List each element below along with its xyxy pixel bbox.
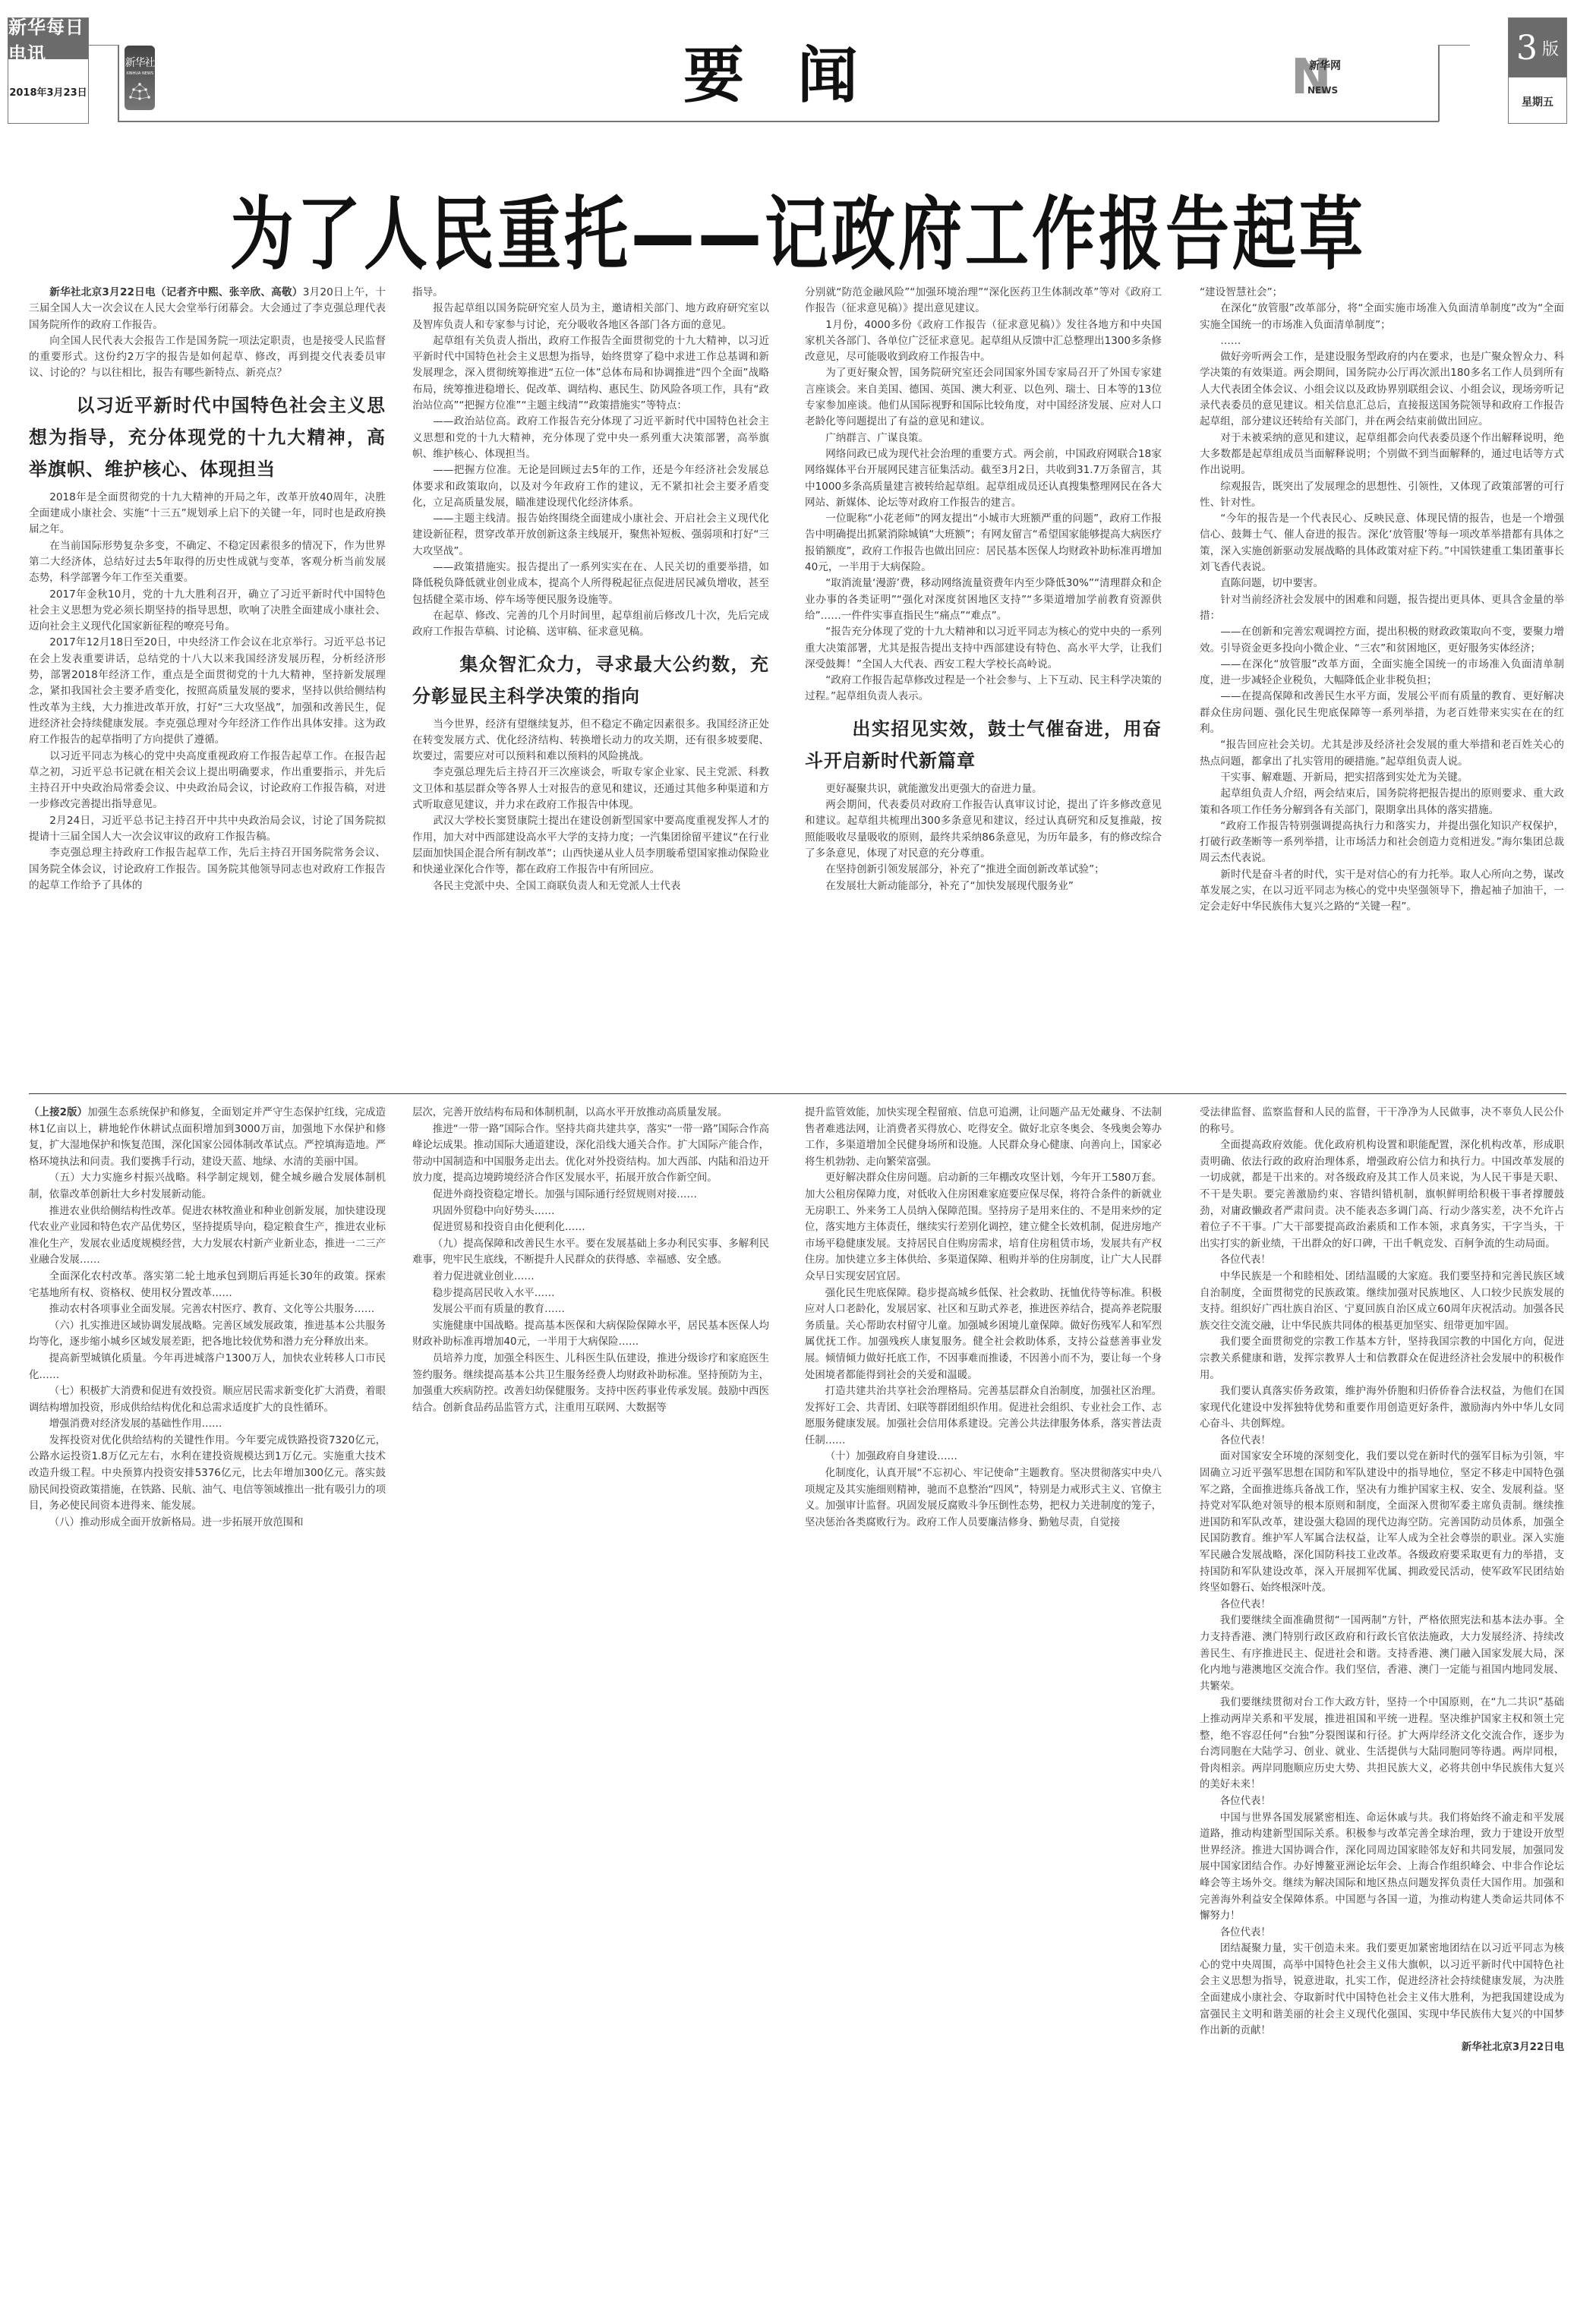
masthead: 新华每日电讯 2018年3月23日 新华社 XINHUA NEWS 要闻 N 新… xyxy=(0,0,1596,137)
paragraph: 1月份，4000多份《政府工作报告（征求意见稿）》发往各地方和中央国家机关各部门… xyxy=(805,317,1162,366)
paragraph: 受法律监督、监察监督和人民的监督，干干净净为人民做事，决不辜负人民公仆的称号。 xyxy=(1200,1105,1564,1137)
dateline-paragraph: 新华社北京3月22日电（记者齐中熙、张辛欣、高敬）3月20日上午，十三届全国人大… xyxy=(29,285,386,333)
dateline: 新华社北京3月22日电（记者齐中熙、张辛欣、高敬） xyxy=(49,286,303,298)
section-separator xyxy=(29,1093,1566,1094)
paragraph: 综观报告，既突出了发展理念的思想性、引领性，又体现了政策部署的可行性、针对性。 xyxy=(1200,479,1564,512)
paragraph: 广纳群言、广谋良策。 xyxy=(805,431,1162,446)
article-column-4: “建设智慧社会”；在深化“放管服”改革部分，将“全面实施市场准入负面清单制度”改… xyxy=(1200,285,1564,1090)
paragraph: 报告起草组以国务院研究室人员为主，邀请相关部门、地方政府研究室以及智库负责人和专… xyxy=(412,301,769,333)
paragraph: 增强消费对经济发展的基础性作用…… xyxy=(29,1416,386,1433)
paragraph: 李克强总理主持政府工作报告起草工作，先后主持召开国务院常务会议、国务院全体会议，… xyxy=(29,845,386,894)
continued-column-1: （上接2版）加强生态系统保护和修复，全面划定并严守生态保护红线，完成造林1亿亩以… xyxy=(29,1105,386,2289)
continued-column-4: 受法律监督、监察监督和人民的监督，干干净净为人民做事，决不辜负人民公仆的称号。全… xyxy=(1200,1105,1564,2289)
paragraph: （六）扎实推进区域协调发展战略。完善区域发展政策，推进基本公共服务均等化，逐步缩… xyxy=(29,1318,386,1351)
paragraph: 促进外商投资稳定增长。加强与国际通行经贸规则对接…… xyxy=(412,1187,769,1203)
paragraph: 我们要继续贯彻对台工作大政方针，坚持一个中国原则，在“九二共识”基础上推动两岸关… xyxy=(1200,1695,1564,1793)
paragraph: 推进农业供给侧结构性改革。促进农林牧渔业和种业创新发展，加快建设现代农业产业园和… xyxy=(29,1203,386,1269)
paragraph: 对于未被采纳的意见和建议，起草组都会向代表委员逐个作出解释说明，绝大多数都是起草… xyxy=(1200,431,1564,479)
paper-name: 新华每日电讯 xyxy=(8,18,88,59)
paragraph: 武汉大学校长窦贤康院士提出在建设创新型国家中要高度重视发挥人才的作用，加大对中西… xyxy=(412,813,769,878)
subheading: 出实招见实效，鼓士气催奋进，用奋斗开启新时代新篇章 xyxy=(805,713,1162,777)
edition-label: 版 xyxy=(1542,36,1559,60)
paragraph: 分别就“防范金融风险”“加强环境治理”“深化医药卫生体制改革”等对《政府工作报告… xyxy=(805,285,1162,317)
paragraph: 新时代是奋斗者的时代，实干是对信心的有力托举。取人心所向之势，谋改革发展之实，在… xyxy=(1200,867,1564,916)
paragraph: 两会期间，代表委员对政府工作报告认真审议讨论，提出了许多修改意见和建议。起草组共… xyxy=(805,797,1162,862)
paragraph: 推动农村各项事业全面发展。完善农村医疗、教育、文化等公共服务…… xyxy=(29,1301,386,1318)
paragraph: 中华民族是一个和睦相处、团结温暖的大家庭。我们要坚持和完善民族区域自治制度，全面… xyxy=(1200,1269,1564,1334)
xinhua-logo-icon: 新华社 XINHUA NEWS xyxy=(125,46,155,110)
paragraph: 团结凝聚力量，实干创造未来。我们要更加紧密地团结在以习近平同志为核心的党中央周围… xyxy=(1200,1941,1564,2039)
article-column-3: 分别就“防范金融风险”“加强环境治理”“深化医药卫生体制改革”等对《政府工作报告… xyxy=(805,285,1162,1090)
paragraph: 在深化“放管服”改革部分，将“全面实施市场准入负面清单制度”改为“全面实施全国统… xyxy=(1200,301,1564,333)
article-column-2: 指导。报告起草组以国务院研究室人员为主，邀请相关部门、地方政府研究室以及智库负责… xyxy=(412,285,769,1090)
paragraph: 促进贸易和投资自由化便利化…… xyxy=(412,1219,769,1236)
logo-text-en: XINHUA NEWS xyxy=(126,71,153,76)
article-column-1: 新华社北京3月22日电（记者齐中熙、张辛欣、高敬）3月20日上午，十三届全国人大… xyxy=(29,285,386,1090)
paragraph: 发展公平而有质量的教育…… xyxy=(412,1301,769,1318)
paragraph: 网络问政已成为现代社会治理的重要方式。两会前，中国政府网联合18家网络媒体平台开… xyxy=(805,446,1162,511)
paragraph: ——主题主线清。报告始终围绕全面建成小康社会、开启社会主义现代化建设新征程，贯穿… xyxy=(412,511,769,560)
divider xyxy=(118,45,119,121)
logo-text-en: NEWS xyxy=(1307,85,1338,96)
paragraph: （五）大力实施乡村振兴战略。科学制定规划，健全城乡融合发展体制机制，依靠改革创新… xyxy=(29,1170,386,1203)
paragraph: 提高新型城镇化质量。今年再进城落户1300万人，加快农业转移人口市民化…… xyxy=(29,1351,386,1383)
paragraph: 各位代表！ xyxy=(1200,1433,1564,1449)
paragraph: （十）加强政府自身建设…… xyxy=(805,1449,1162,1465)
paragraph: 面对国家安全环境的深刻变化，我们要以党在新时代的强军目标为引领，牢固确立习近平强… xyxy=(1200,1449,1564,1596)
continued-from-label: （上接2版） xyxy=(29,1107,87,1118)
paragraph: 实施健康中国战略。提高基本医保和大病保险保障水平，居民基本医保人均财政补助标准再… xyxy=(412,1318,769,1351)
paragraph: 以习近平同志为核心的党中央高度重视政府工作报告起草工作。在报告起草之初，习近平总… xyxy=(29,749,386,813)
paragraph: （九）提高保障和改善民生水平。要在发展基础上多办利民实事、多解利民难事，兜牢民生… xyxy=(412,1236,769,1269)
paragraph: （上接2版）加强生态系统保护和修复，全面划定并严守生态保护红线，完成造林1亿亩以… xyxy=(29,1105,386,1170)
paragraph: 做好旁听两会工作，是建设服务型政府的内在要求，也是广聚众智众力、科学决策的有效渠… xyxy=(1200,349,1564,430)
paragraph: 指导。 xyxy=(412,285,769,301)
paragraph: 着力促进就业创业…… xyxy=(412,1269,769,1285)
masthead-rule xyxy=(118,121,1439,122)
edition-number: 3 xyxy=(1516,29,1538,68)
paragraph: 在坚持创新引领发展部分，补充了“推进全面创新改革试验”； xyxy=(805,862,1162,878)
paragraph: “报告充分体现了党的十九大精神和以习近平同志为核心的党中央的一系列重大决策部署，… xyxy=(805,624,1162,673)
paragraph: 2018年是全面贯彻党的十九大精神的开局之年，改革开放40周年，决胜全面建成小康… xyxy=(29,490,386,538)
paragraph: 打造共建共治共享社会治理格局。完善基层群众自治制度，加强社区治理。发挥好工会、共… xyxy=(805,1383,1162,1449)
paragraph: …… xyxy=(1200,333,1564,349)
paragraph: 各位代表！ xyxy=(1200,1597,1564,1613)
divider xyxy=(88,45,118,46)
divider xyxy=(1438,45,1440,121)
section-title: 要闻 xyxy=(683,27,911,114)
paragraph: 向全国人民代表大会报告工作是国务院一项法定职责，也是接受人民监督的重要形式。这份… xyxy=(29,333,386,382)
paragraph: 稳步提高居民收入水平…… xyxy=(412,1285,769,1302)
paragraph: 在当前国际形势复杂多变，不确定、不稳定因素很多的情况下，作为世界第二大经济体，总… xyxy=(29,538,386,587)
paragraph: ——政策措施实。报告提出了一系列实实在在、人民关切的重要举措，如降低税负降低就业… xyxy=(412,560,769,608)
signoff: 新华社北京3月22日电 xyxy=(1200,2039,1564,2056)
paragraph: 各位代表！ xyxy=(1200,1252,1564,1269)
paragraph: 为了更好聚众智，国务院研究室还会同国家外国专家局召开了外国专家建言座谈会。来自美… xyxy=(805,365,1162,430)
paragraph: 全面提高政府效能。优化政府机构设置和职能配置，深化机构改革，形成职责明确、依法行… xyxy=(1200,1137,1564,1252)
paragraph: ——在深化“放管服”改革方面，全面实施全国统一的市场准入负面清单制度，进一步减轻… xyxy=(1200,657,1564,689)
paragraph: 巩固外贸稳中向好势头…… xyxy=(412,1203,769,1220)
edition-box: 3 版 星期五 xyxy=(1508,17,1567,124)
weekday: 星期五 xyxy=(1509,94,1566,109)
paragraph: 发挥投资对优化供给结构的关键性作用。今年要完成铁路投资7320亿元，公路水运投资… xyxy=(29,1433,386,1515)
paragraph: 化制度化，认真开展“不忘初心、牢记使命”主题教育。坚决贯彻落实中央八项规定及其实… xyxy=(805,1465,1162,1531)
paragraph: ——在创新和完善宏观调控方面，提出积极的财政政策取向不变，要聚力增效。引导资金更… xyxy=(1200,624,1564,657)
xinhuanet-logo-icon: N 新华网 NEWS xyxy=(1291,53,1344,103)
paragraph: 李克强总理先后主持召开三次座谈会，听取专家企业家、民主党派、科教文卫体和基层群众… xyxy=(412,765,769,813)
paragraph: 强化民生兜底保障。稳步提高城乡低保、社会救助、抚恤优待等标准。积极应对人口老龄化… xyxy=(805,1285,1162,1384)
paragraph: 起草组有关负责人指出，政府工作报告全面贯彻党的十九大精神，以习近平新时代中国特色… xyxy=(412,333,769,414)
paragraph: 2017年12月18日至20日，中央经济工作会议在北京举行。习近平总书记在会上发… xyxy=(29,635,386,748)
paragraph: “建设智慧社会”； xyxy=(1200,285,1564,301)
paragraph: 推进“一带一路”国际合作。坚持共商共建共享，落实“一带一路”国际合作高峰论坛成果… xyxy=(412,1121,769,1187)
paragraph: “今年的报告是一个代表民心、反映民意、体现民情的报告，也是一个增强信心、鼓舞士气… xyxy=(1200,511,1564,576)
logo-text-cn: 新华网 xyxy=(1309,58,1341,73)
paragraph: 在起草、修改、完善的几个月时间里，起草组前后修改几十次，先后完成政府工作报告草稿… xyxy=(412,608,769,641)
divider xyxy=(1438,45,1470,46)
continued-column-3: 提升监管效能，加快实现全程留痕、信息可追溯，让问题产品无处藏身、不法制售者难逃法… xyxy=(805,1105,1162,2289)
paragraph: 层次，完善开放结构布局和体制机制，以高水平开放推动高质量发展。 xyxy=(412,1105,769,1121)
headline: 为了人民重托——记政府工作报告起草 xyxy=(0,171,1596,285)
paragraph: 各位代表！ xyxy=(1200,1793,1564,1810)
paragraph: 各民主党派中央、全国工商联负责人和无党派人士代表 xyxy=(412,878,769,894)
paragraph: 当今世界，经济有望继续复苏，但不稳定不确定因素很多。我国经济正处在转变发展方式、… xyxy=(412,717,769,765)
paragraph: 2017年金秋10月，党的十九大胜利召开，确立了习近平新时代中国特色社会主义思想… xyxy=(29,587,386,636)
subheading: 以习近平新时代中国特色社会主义思想为指导，充分体现党的十九大精神，高举旗帜、维护… xyxy=(29,390,386,485)
paragraph: 直陈问题，切中要害。 xyxy=(1200,576,1564,591)
paragraph: （七）积极扩大消费和促进有效投资。顺应居民需求新变化扩大消费，着眼调结构增加投资… xyxy=(29,1383,386,1416)
paragraph: 2月24日，习近平总书记主持召开中共中央政治局会议，讨论了国务院拟提请十三届全国… xyxy=(29,813,386,846)
paragraph: ——在提高保障和改善民生水平方面，发展公平而有质量的教育、更好解决群众住房问题、… xyxy=(1200,689,1564,737)
paragraph: 中国与世界各国发展紧密相连、命运休戚与共。我们将始终不渝走和平发展道路，推动构建… xyxy=(1200,1810,1564,1925)
paragraph: 全面深化农村改革。落实第二轮土地承包到期后再延长30年的政策。探索宅基地所有权、… xyxy=(29,1269,386,1301)
paragraph: ——政治站位高。政府工作报告充分体现了习近平新时代中国特色社会主义思想和党的十九… xyxy=(412,414,769,462)
paragraph: 员培养力度，加强全科医生、儿科医生队伍建设，推进分级诊疗和家庭医生签约服务。继续… xyxy=(412,1351,769,1416)
paragraph: 各位代表！ xyxy=(1200,1925,1564,1941)
logo-text-cn: 新华社 xyxy=(125,55,155,70)
subheading: 集众智汇众力，寻求最大公约数，充分彰显民主科学决策的指向 xyxy=(412,648,769,712)
paragraph: 起草组负责人介绍，两会结束后，国务院将把报告提出的原则要求、重大政策和各项工作任… xyxy=(1200,786,1564,819)
paragraph: 更好解决群众住房问题。启动新的三年棚改攻坚计划，今年开工580万套。加大公租房保… xyxy=(805,1170,1162,1285)
paragraph: 一位昵称“小花老师”的网友提出“小城市大班额严重的问题”，政府工作报告中明确提出… xyxy=(805,511,1162,576)
paragraph: （八）推动形成全面开放新格局。进一步拓展开放范围和 xyxy=(29,1515,386,1531)
paragraph: ——把握方位准。无论是回顾过去5年的工作，还是今年经济社会发展总体要求和政策取向… xyxy=(412,462,769,511)
paragraph: 我们要认真落实侨务政策，维护海外侨胞和归侨侨眷合法权益，为他们在国家现代化建设中… xyxy=(1200,1383,1564,1433)
paragraph: 提升监管效能，加快实现全程留痕、信息可追溯，让问题产品无处藏身、不法制售者难逃法… xyxy=(805,1105,1162,1170)
continued-column-2: 层次，完善开放结构布局和体制机制，以高水平开放推动高质量发展。推进“一带一路”国… xyxy=(412,1105,769,2289)
paragraph: 更好凝聚共识，就能激发出更强大的奋进力量。 xyxy=(805,781,1162,797)
paragraph: 在发展壮大新动能部分，补充了“加快发展现代服务业” xyxy=(805,878,1162,894)
paragraph: “政府工作报告特别强调提高执行力和落实力，并提出强化知识产权保护，打破行政垄断等… xyxy=(1200,819,1564,867)
paragraph: “政府工作报告起草修改过程是一个社会参与、上下互动、民主科学决策的过程。”起草组… xyxy=(805,673,1162,705)
paragraph: “报告回应社会关切。尤其是涉及经济社会发展的重大举措和老百姓关心的热点问题，都拿… xyxy=(1200,737,1564,770)
network-icon xyxy=(128,82,151,102)
paragraph: “取消流量‘漫游’费，移动网络流量资费年内至少降低30%”“清理群众和企业办事的… xyxy=(805,576,1162,624)
issue-date: 2018年3月23日 xyxy=(8,84,88,99)
paper-name-box: 新华每日电讯 2018年3月23日 xyxy=(8,17,89,124)
paragraph: 干实事、解难题、开新局，把实招落到实处尤为关键。 xyxy=(1200,770,1564,786)
paragraph: 我们要全面贯彻党的宗教工作基本方针，坚持我国宗教的中国化方向，促进宗教关系健康和… xyxy=(1200,1334,1564,1383)
paragraph: 我们要继续全面准确贯彻“一国两制”方针，严格依照宪法和基本法办事。全力支持香港、… xyxy=(1200,1613,1564,1695)
paragraph: 针对当前经济社会发展中的困难和问题，报告提出更具体、更具含金量的举措： xyxy=(1200,592,1564,625)
